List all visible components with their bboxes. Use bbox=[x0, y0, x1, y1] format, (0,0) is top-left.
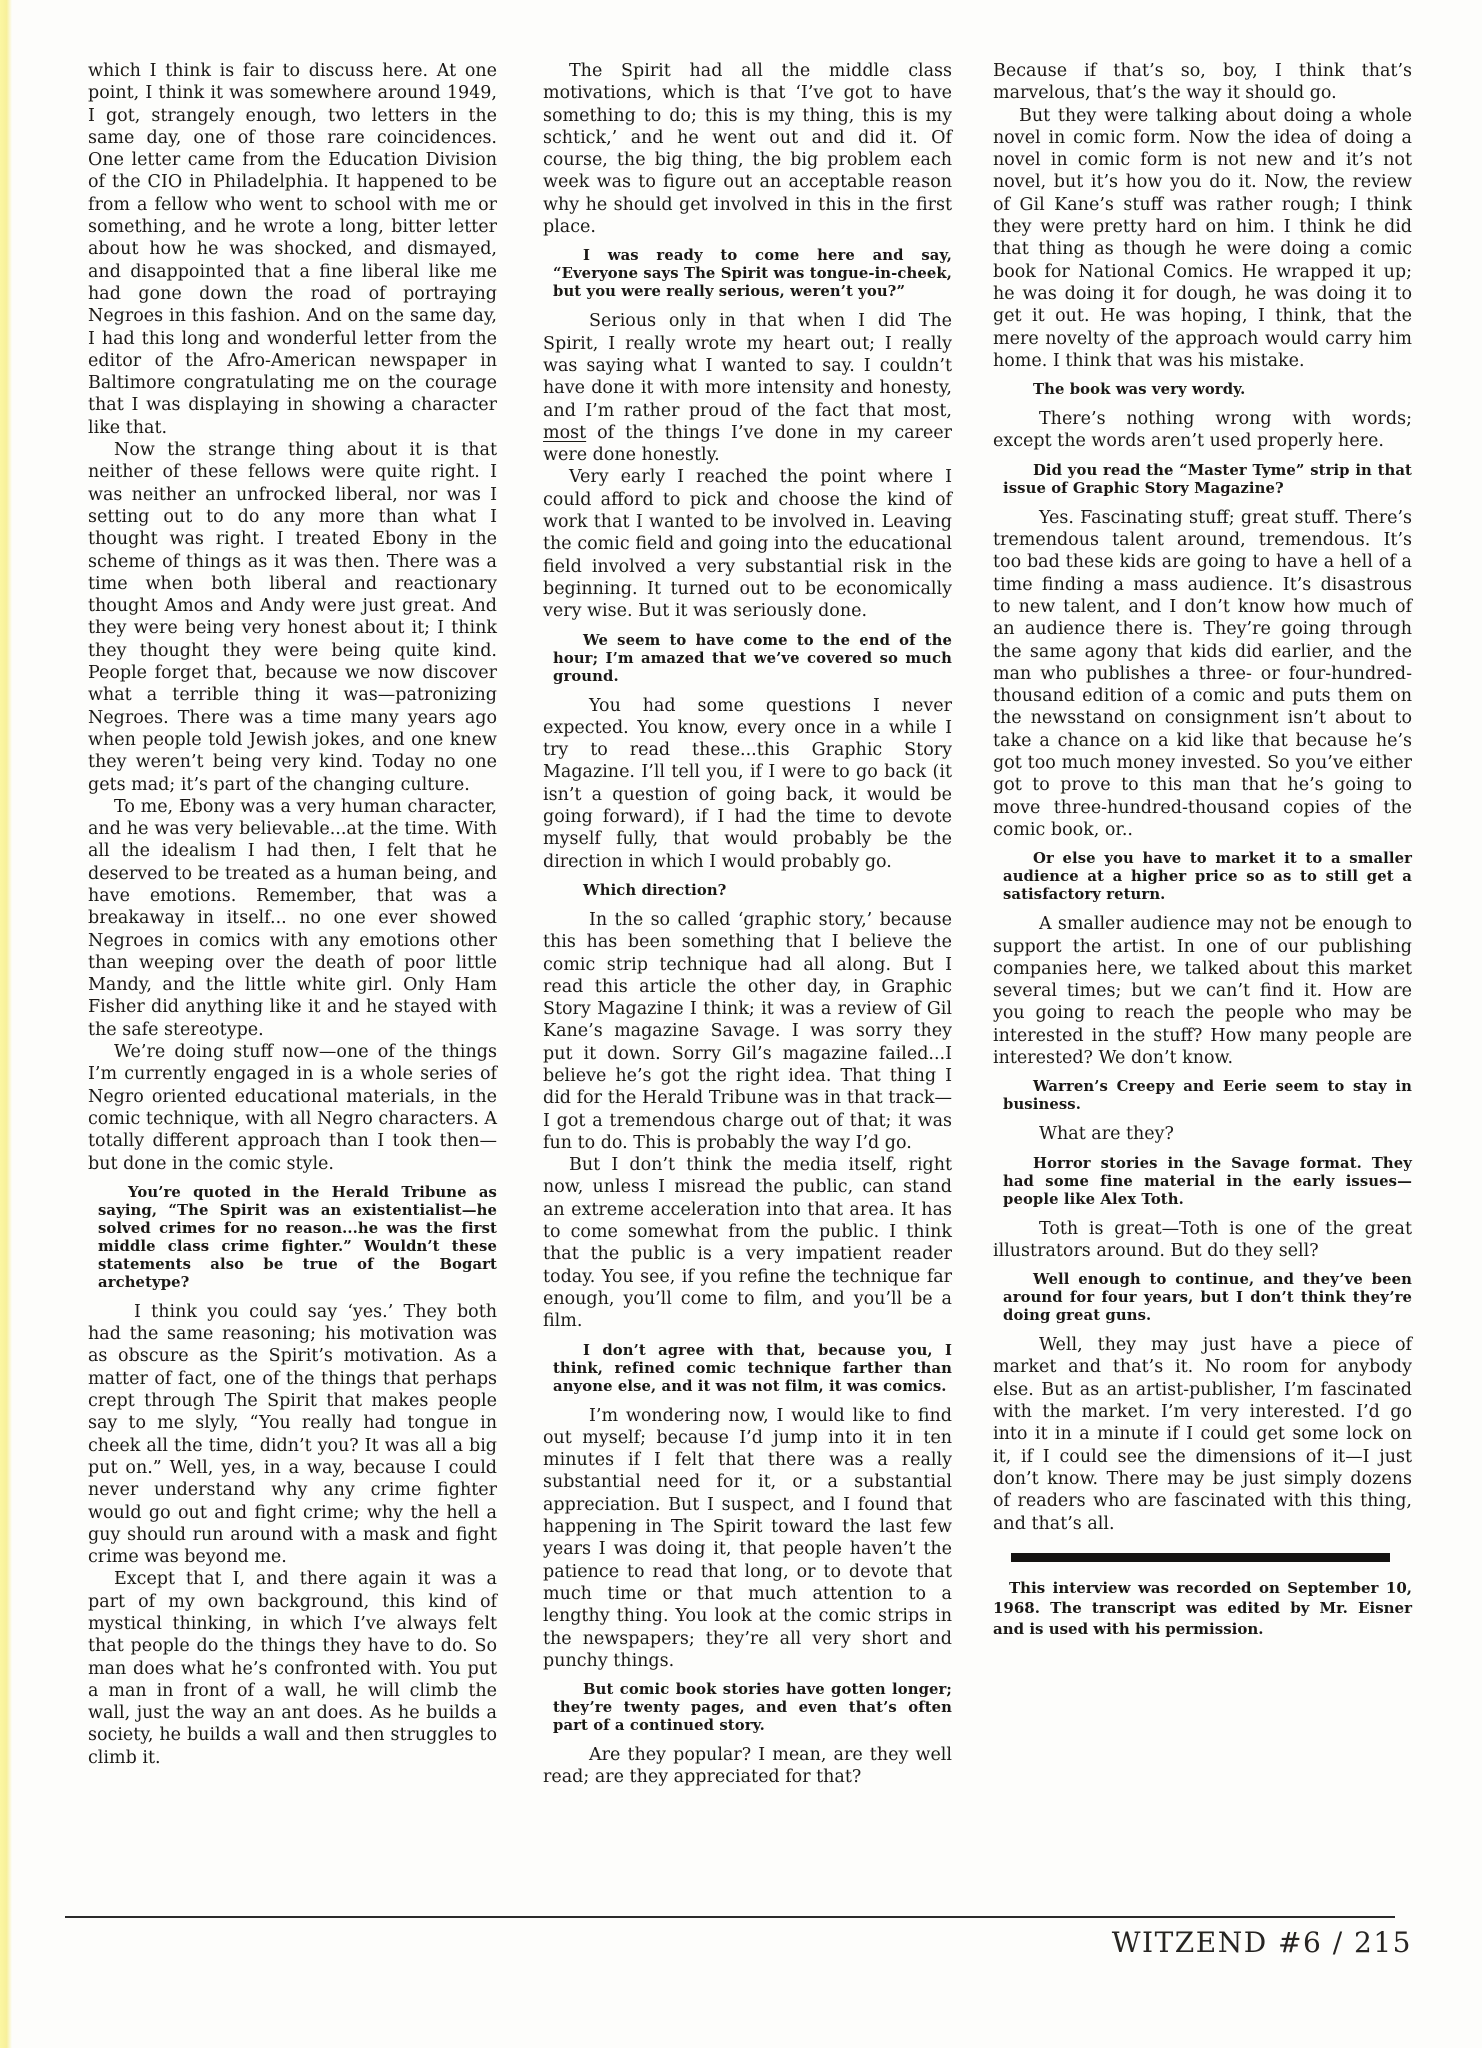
end-divider-bar bbox=[1011, 1553, 1390, 1562]
interviewee-answer: To me, Ebony was a very human character,… bbox=[88, 796, 497, 1041]
interviewer-question: Horror stories in the Savage format. The… bbox=[1003, 1155, 1412, 1209]
interviewee-answer: Are they popular? I mean, are they well … bbox=[543, 1744, 952, 1789]
scan-edge-strip bbox=[0, 0, 12, 2048]
interviewee-answer: I’m wondering now, I would like to find … bbox=[543, 1405, 952, 1673]
interviewee-answer: Serious only in that when I did The Spir… bbox=[543, 310, 952, 466]
interviewee-answer: Very early I reached the point where I c… bbox=[543, 466, 952, 622]
interviewee-answer: Yes. Fascinating stuff; great stuff. The… bbox=[993, 507, 1412, 841]
footer-rule bbox=[65, 1916, 1395, 1918]
interviewee-answer: Because if that’s so, boy, I think that’… bbox=[993, 60, 1412, 105]
interviewee-answer: You had some questions I never expected.… bbox=[543, 695, 952, 873]
interviewer-question: You’re quoted in the Herald Tribune as s… bbox=[98, 1184, 497, 1292]
interviewee-answer: Toth is great—Toth is one of the great i… bbox=[993, 1218, 1412, 1263]
recording-endnote: This interview was recorded on September… bbox=[993, 1578, 1412, 1640]
interviewee-answer: Well, they may just have a piece of mark… bbox=[993, 1334, 1412, 1535]
interviewer-question: Warren’s Creepy and Eerie seem to stay i… bbox=[1003, 1078, 1412, 1114]
text-column-1: which I think is fair to discuss here. A… bbox=[88, 60, 497, 1769]
interviewee-answer: Except that I, and there again it was a … bbox=[88, 1568, 497, 1769]
scanned-interview-page: { "page": { "footer_text": "WITZEND #6 /… bbox=[0, 0, 1482, 2048]
interviewee-answer: Now the strange thing about it is that n… bbox=[88, 439, 497, 796]
interviewee-answer: But I don’t think the media itself, righ… bbox=[543, 1154, 952, 1332]
interviewee-answer: But they were talking about doing a whol… bbox=[993, 105, 1412, 373]
interviewee-answer: I think you could say ‘yes.’ They both h… bbox=[88, 1301, 497, 1569]
interviewee-answer: What are they? bbox=[993, 1123, 1412, 1145]
interviewee-answer: A smaller audience may not be enough to … bbox=[993, 913, 1412, 1069]
text-column-3: Because if that’s so, boy, I think that’… bbox=[993, 60, 1412, 1639]
interviewer-question: Which direction? bbox=[553, 882, 952, 900]
interviewer-question: I don’t agree with that, because you, I … bbox=[553, 1342, 952, 1396]
interviewee-answer: The Spirit had all the middle class moti… bbox=[543, 60, 952, 238]
text-column-2: The Spirit had all the middle class moti… bbox=[543, 60, 952, 1789]
interviewee-answer: In the so called ‘graphic story,’ becaus… bbox=[543, 909, 952, 1154]
page-folio: WITZEND #6 / 215 bbox=[993, 1926, 1412, 1959]
interviewer-question: But comic book stories have gotten longe… bbox=[553, 1681, 952, 1735]
interviewer-question: I was ready to come here and say, “Every… bbox=[553, 247, 952, 301]
interviewer-question: We seem to have come to the end of the h… bbox=[553, 632, 952, 686]
interviewer-question: Did you read the “Master Tyme” strip in … bbox=[1003, 462, 1412, 498]
interviewer-question: The book was very wordy. bbox=[1003, 381, 1412, 399]
interviewer-question: Well enough to continue, and they’ve bee… bbox=[1003, 1271, 1412, 1325]
interviewee-answer: There’s nothing wrong with words; except… bbox=[993, 408, 1412, 453]
interviewer-question: Or else you have to market it to a small… bbox=[1003, 850, 1412, 904]
interviewee-answer: We’re doing stuff now—one of the things … bbox=[88, 1041, 497, 1175]
interviewee-answer: which I think is fair to discuss here. A… bbox=[88, 60, 497, 439]
